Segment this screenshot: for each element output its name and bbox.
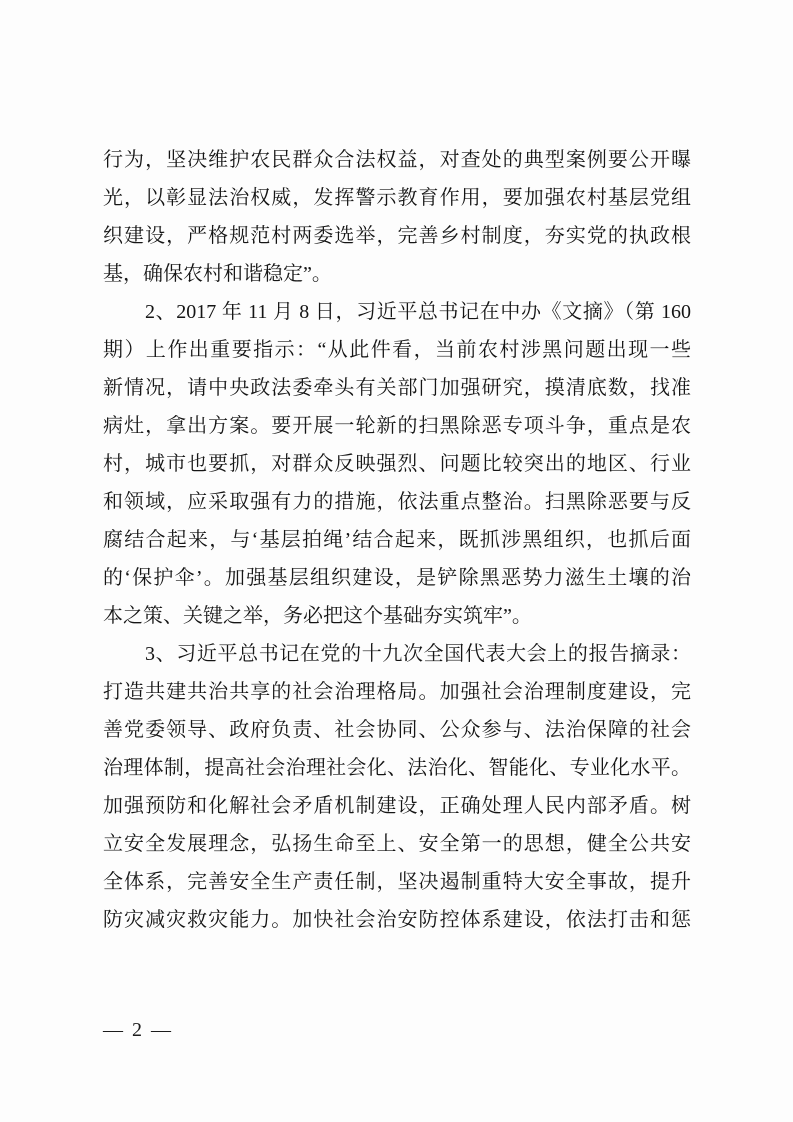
text-line: 光，以彰显法治权威，发挥警示教育作用，要加强农村基层党组 (103, 179, 691, 217)
page-number: — 2 — (103, 1015, 173, 1045)
text-line: 善党委领导、政府负责、社会协同、公众参与、法治保障的社会 (103, 711, 691, 749)
text-line: 3、习近平总书记在党的十九次全国代表大会上的报告摘录： (103, 635, 691, 673)
paragraph-1-continuation: 行为，坚决维护农民群众合法权益，对查处的典型案例要公开曝光，以彰显法治权威，发挥… (103, 141, 691, 293)
text-line: 2、2017 年 11 月 8 日，习近平总书记在中办《文摘》（第 160 (103, 293, 691, 331)
text-line: 加强预防和化解社会矛盾机制建设，正确处理人民内部矛盾。树 (103, 787, 691, 825)
text-line: 打造共建共治共享的社会治理格局。加强社会治理制度建设，完 (103, 673, 691, 711)
text-line: 治理体制，提高社会治理社会化、法治化、智能化、专业化水平。 (103, 749, 691, 787)
text-line: 期）上作出重要指示：“从此件看，当前农村涉黑问题出现一些 (103, 331, 691, 369)
paragraph-3: 3、习近平总书记在党的十九次全国代表大会上的报告摘录：打造共建共治共享的社会治理… (103, 635, 691, 939)
text-line: 村，城市也要抓，对群众反映强烈、问题比较突出的地区、行业 (103, 445, 691, 483)
text-line: 织建设，严格规范村两委选举，完善乡村制度，夯实党的执政根 (103, 217, 691, 255)
text-line: 本之策、关键之举，务必把这个基础夯实筑牢”。 (103, 597, 691, 635)
text-line: 的‘保护伞’。加强基层组织建设，是铲除黑恶势力滋生土壤的治 (103, 559, 691, 597)
text-line: 基，确保农村和谐稳定”。 (103, 255, 691, 293)
text-line: 立安全发展理念，弘扬生命至上、安全第一的思想，健全公共安 (103, 825, 691, 863)
text-line: 病灶，拿出方案。要开展一轮新的扫黑除恶专项斗争，重点是农 (103, 407, 691, 445)
text-line: 新情况，请中央政法委牵头有关部门加强研究，摸清底数，找准 (103, 369, 691, 407)
text-line: 全体系，完善安全生产责任制，坚决遏制重特大安全事故，提升 (103, 863, 691, 901)
text-line: 防灾减灾救灾能力。加快社会治安防控体系建设，依法打击和惩 (103, 901, 691, 939)
paragraph-2: 2、2017 年 11 月 8 日，习近平总书记在中办《文摘》（第 160期）上… (103, 293, 691, 635)
document-page: 行为，坚决维护农民群众合法权益，对查处的典型案例要公开曝光，以彰显法治权威，发挥… (0, 0, 793, 1122)
text-line: 行为，坚决维护农民群众合法权益，对查处的典型案例要公开曝 (103, 141, 691, 179)
text-line: 腐结合起来，与‘基层拍绳’结合起来，既抓涉黑组织，也抓后面 (103, 521, 691, 559)
document-body: 行为，坚决维护农民群众合法权益，对查处的典型案例要公开曝光，以彰显法治权威，发挥… (103, 141, 691, 939)
text-line: 和领域，应采取强有力的措施，依法重点整治。扫黑除恶要与反 (103, 483, 691, 521)
